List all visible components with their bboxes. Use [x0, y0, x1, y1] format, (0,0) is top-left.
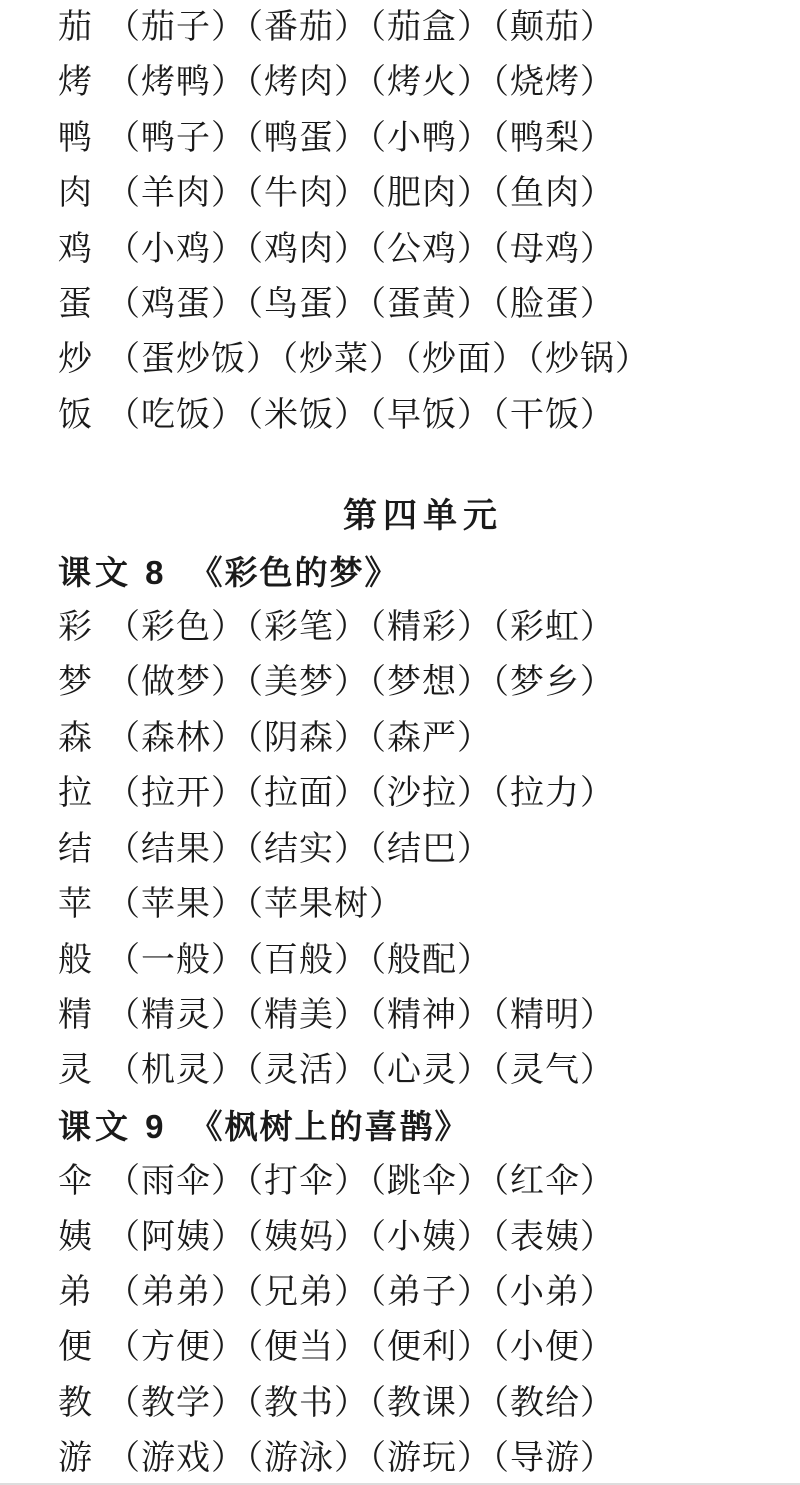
- head-character: 游: [58, 1439, 93, 1477]
- lesson-number-label: 课文 8: [58, 554, 168, 591]
- word-group: （精灵）: [106, 996, 246, 1034]
- head-character: 彩: [58, 608, 93, 646]
- word-group: （梦乡）: [492, 663, 615, 701]
- vocab-row: 拉（拉开）（拉面）（沙拉）（拉力）: [58, 766, 788, 821]
- word-group: （鸡肉）: [246, 230, 369, 268]
- word-group: （阴森）: [246, 719, 369, 757]
- vocab-row: 般（一般）（百般）（般配）: [58, 933, 788, 988]
- head-character: 鸡: [58, 230, 93, 268]
- head-character: 烤: [58, 63, 93, 101]
- word-group: （炒菜）: [281, 340, 404, 378]
- head-character: 森: [58, 719, 93, 757]
- word-group: （精彩）: [369, 608, 492, 646]
- word-group: （教书）: [246, 1384, 369, 1422]
- unit-header-text: 第四单元: [343, 497, 503, 535]
- vocab-row: 肉（羊肉）（牛肉）（肥肉）（鱼肉）: [58, 166, 788, 221]
- word-group: （烧烤）: [492, 63, 615, 101]
- head-character: 姨: [58, 1218, 93, 1256]
- lesson-header: 课文 8《彩色的梦》: [58, 545, 788, 600]
- word-group: （导游）: [492, 1439, 615, 1477]
- word-group: （小鸭）: [369, 119, 492, 157]
- word-group: （肥肉）: [369, 174, 492, 212]
- word-group: （般配）: [369, 941, 492, 979]
- word-group: （结果）: [106, 830, 246, 868]
- vocab-row: 苹（苹果）（苹果树）: [58, 877, 788, 932]
- vocab-row: 炒（蛋炒饭）（炒菜）（炒面）（炒锅）: [58, 332, 788, 387]
- head-character: 教: [58, 1384, 93, 1422]
- word-group: （美梦）: [246, 663, 369, 701]
- head-character: 蛋: [58, 285, 93, 323]
- word-group: （跳伞）: [369, 1162, 492, 1200]
- word-group: （沙拉）: [369, 774, 492, 812]
- word-group: （机灵）: [106, 1051, 246, 1089]
- word-group: （游戏）: [106, 1439, 246, 1477]
- word-group: （颠茄）: [492, 8, 615, 46]
- word-group: （鸟蛋）: [246, 285, 369, 323]
- word-group: （森林）: [106, 719, 246, 757]
- vocab-row: 伞（雨伞）（打伞）（跳伞）（红伞）: [58, 1154, 788, 1209]
- word-group: （鸭子）: [106, 119, 246, 157]
- vocab-row: 饭（吃饭）（米饭）（早饭）（干饭）: [58, 388, 788, 443]
- word-group: （羊肉）: [106, 174, 246, 212]
- vocab-row: 弟（弟弟）（兄弟）（弟子）（小弟）: [58, 1265, 788, 1320]
- word-group: （拉开）: [106, 774, 246, 812]
- vocab-row: 灵（机灵）（灵活）（心灵）（灵气）: [58, 1043, 788, 1098]
- word-group: （教课）: [369, 1384, 492, 1422]
- vocab-row: 游（游戏）（游泳）（游玩）（导游）: [58, 1431, 788, 1485]
- head-character: 伞: [58, 1162, 93, 1200]
- word-group: （小便）: [492, 1328, 615, 1366]
- word-group: （脸蛋）: [492, 285, 615, 323]
- head-character: 结: [58, 830, 93, 868]
- word-group: （小弟）: [492, 1273, 615, 1311]
- word-group: （茄盒）: [369, 8, 492, 46]
- word-group: （打伞）: [246, 1162, 369, 1200]
- word-group: （灵活）: [246, 1051, 369, 1089]
- word-group: （番茄）: [246, 8, 369, 46]
- head-character: 梦: [58, 663, 93, 701]
- word-group: （精神）: [369, 996, 492, 1034]
- vocab-row: 精（精灵）（精美）（精神）（精明）: [58, 988, 788, 1043]
- word-group: （小鸡）: [106, 230, 246, 268]
- lesson-title: 《枫树上的喜鹊》: [190, 1108, 470, 1145]
- word-group: （干饭）: [492, 396, 615, 434]
- vocab-row: 鸡（小鸡）（鸡肉）（公鸡）（母鸡）: [58, 222, 788, 277]
- vocab-row: 烤（烤鸭）（烤肉）（烤火）（烧烤）: [58, 55, 788, 110]
- head-character: 肉: [58, 174, 93, 212]
- word-group: （姨妈）: [246, 1218, 369, 1256]
- word-group: （阿姨）: [106, 1218, 246, 1256]
- word-group: （彩笔）: [246, 608, 369, 646]
- word-group: （一般）: [106, 941, 246, 979]
- word-group: （拉力）: [492, 774, 615, 812]
- word-group: （拉面）: [246, 774, 369, 812]
- word-group: （鸡蛋）: [106, 285, 246, 323]
- word-group: （心灵）: [369, 1051, 492, 1089]
- word-group: （牛肉）: [246, 174, 369, 212]
- word-group: （米饭）: [246, 396, 369, 434]
- word-group: （公鸡）: [369, 230, 492, 268]
- vocab-row: 姨（阿姨）（姨妈）（小姨）（表姨）: [58, 1210, 788, 1265]
- word-group: （炒面）: [404, 340, 527, 378]
- word-group: （鸭梨）: [492, 119, 615, 157]
- word-group: （吃饭）: [106, 396, 246, 434]
- word-group: （结实）: [246, 830, 369, 868]
- vocab-row: 茄（茄子）（番茄）（茄盒）（颠茄）: [58, 0, 788, 55]
- word-group: （鸭蛋）: [246, 119, 369, 157]
- word-group: （表姨）: [492, 1218, 615, 1256]
- word-group: （小姨）: [369, 1218, 492, 1256]
- head-character: 弟: [58, 1273, 93, 1311]
- vocab-row: 蛋（鸡蛋）（鸟蛋）（蛋黄）（脸蛋）: [58, 277, 788, 332]
- word-group: （烤肉）: [246, 63, 369, 101]
- word-group: （茄子）: [106, 8, 246, 46]
- word-group: （炒锅）: [527, 340, 650, 378]
- word-group: （教给）: [492, 1384, 615, 1422]
- vocab-row: 结（结果）（结实）（结巴）: [58, 822, 788, 877]
- word-group: （早饭）: [369, 396, 492, 434]
- word-group: （蛋炒饭）: [106, 340, 281, 378]
- word-group: （弟弟）: [106, 1273, 246, 1311]
- vocab-row: 教（教学）（教书）（教课）（教给）: [58, 1376, 788, 1431]
- word-group: （彩色）: [106, 608, 246, 646]
- head-character: 茄: [58, 8, 93, 46]
- word-group: （鱼肉）: [492, 174, 615, 212]
- head-character: 般: [58, 941, 93, 979]
- word-group: （游玩）: [369, 1439, 492, 1477]
- vocab-row: 便（方便）（便当）（便利）（小便）: [58, 1320, 788, 1375]
- word-group: （灵气）: [492, 1051, 615, 1089]
- word-group: （梦想）: [369, 663, 492, 701]
- word-group: （游泳）: [246, 1439, 369, 1477]
- word-group: （森严）: [369, 719, 492, 757]
- word-group: （百般）: [246, 941, 369, 979]
- head-character: 精: [58, 996, 93, 1034]
- head-character: 拉: [58, 774, 93, 812]
- vocab-row: 彩（彩色）（彩笔）（精彩）（彩虹）: [58, 600, 788, 655]
- word-group: （红伞）: [492, 1162, 615, 1200]
- head-character: 鸭: [58, 119, 93, 157]
- word-group: （烤鸭）: [106, 63, 246, 101]
- word-group: （教学）: [106, 1384, 246, 1422]
- word-group: （结巴）: [369, 830, 492, 868]
- word-group: （便当）: [246, 1328, 369, 1366]
- word-group: （彩虹）: [492, 608, 615, 646]
- word-group: （精明）: [492, 996, 615, 1034]
- word-group: （做梦）: [106, 663, 246, 701]
- word-group: （苹果树）: [246, 885, 404, 923]
- unit-header: 第四单元: [58, 489, 788, 544]
- word-group: （母鸡）: [492, 230, 615, 268]
- vocab-row: 鸭（鸭子）（鸭蛋）（小鸭）（鸭梨）: [58, 111, 788, 166]
- vocab-row: 森（森林）（阴森）（森严）: [58, 711, 788, 766]
- word-group: （雨伞）: [106, 1162, 246, 1200]
- vocab-row: 梦（做梦）（美梦）（梦想）（梦乡）: [58, 655, 788, 710]
- lesson-header: 课文 9《枫树上的喜鹊》: [58, 1099, 788, 1154]
- head-character: 苹: [58, 885, 93, 923]
- word-group: （精美）: [246, 996, 369, 1034]
- lesson-title: 《彩色的梦》: [190, 554, 400, 591]
- word-group: （蛋黄）: [369, 285, 492, 323]
- head-character: 灵: [58, 1051, 93, 1089]
- word-group: （弟子）: [369, 1273, 492, 1311]
- word-group: （烤火）: [369, 63, 492, 101]
- worksheet-page: 茄（茄子）（番茄）（茄盒）（颠茄）烤（烤鸭）（烤肉）（烤火）（烧烤）鸭（鸭子）（…: [0, 0, 800, 1485]
- word-group: （苹果）: [106, 885, 246, 923]
- word-group: （便利）: [369, 1328, 492, 1366]
- head-character: 便: [58, 1328, 93, 1366]
- head-character: 饭: [58, 396, 93, 434]
- head-character: 炒: [58, 340, 93, 378]
- word-group: （兄弟）: [246, 1273, 369, 1311]
- word-group: （方便）: [106, 1328, 246, 1366]
- lesson-number-label: 课文 9: [58, 1108, 168, 1145]
